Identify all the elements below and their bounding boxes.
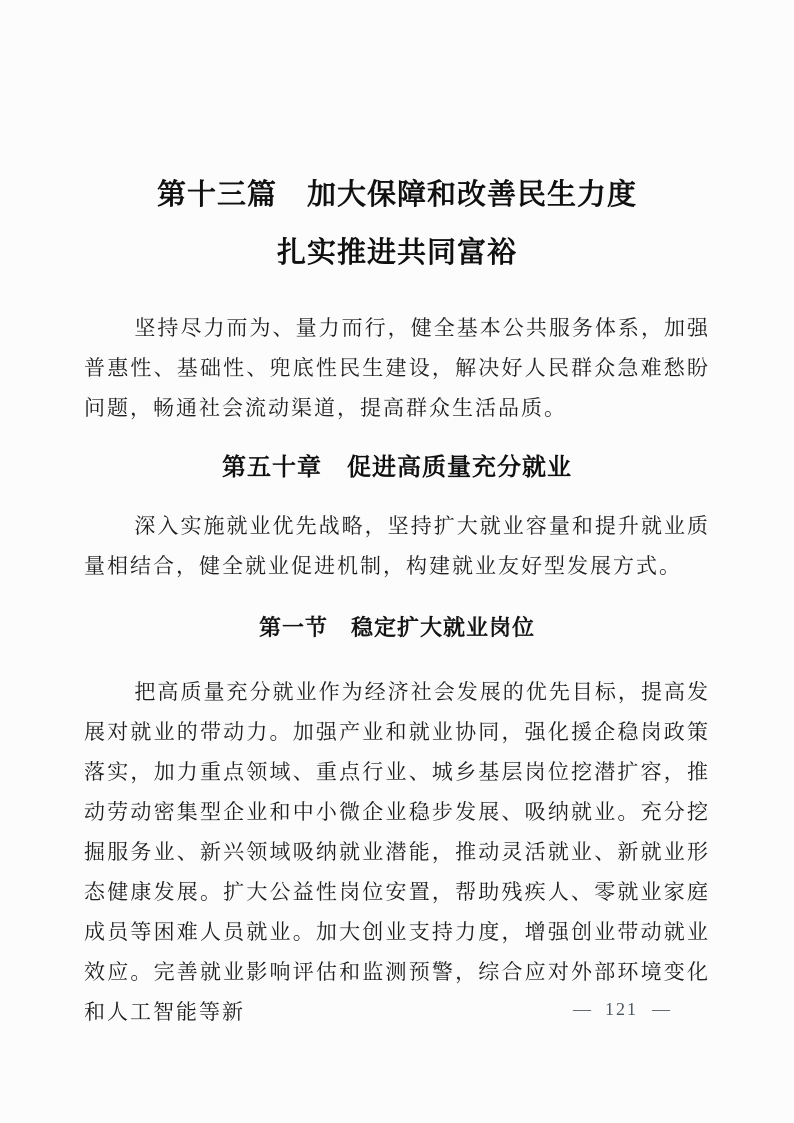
part-title: 第十三篇 加大保障和改善民生力度 扎实推进共同富裕 <box>84 166 710 282</box>
part-title-line2: 扎实推进共同富裕 <box>84 224 710 282</box>
intro-paragraph: 坚持尽力而为、量力而行，健全基本公共服务体系，加强普惠性、基础性、兜底性民生建设… <box>84 308 710 428</box>
page-number: 121 <box>605 998 638 1020</box>
chapter-heading: 第五十章 促进高质量充分就业 <box>84 448 710 488</box>
footer-left-dash: — <box>573 998 591 1020</box>
chapter-intro-paragraph: 深入实施就业优先战略，坚持扩大就业容量和提升就业质量相结合，健全就业促进机制，构… <box>84 506 710 586</box>
section-heading: 第一节 稳定扩大就业岗位 <box>84 610 710 646</box>
part-title-line1: 第十三篇 加大保障和改善民生力度 <box>84 166 710 224</box>
footer-right-dash: — <box>652 998 670 1020</box>
document-page: 第十三篇 加大保障和改善民生力度 扎实推进共同富裕 坚持尽力而为、量力而行，健全… <box>0 0 794 1123</box>
section-body-paragraph: 把高质量充分就业作为经济社会发展的优先目标，提高发展对就业的带动力。加强产业和就… <box>84 672 710 1032</box>
page-footer: —121— <box>573 998 670 1020</box>
